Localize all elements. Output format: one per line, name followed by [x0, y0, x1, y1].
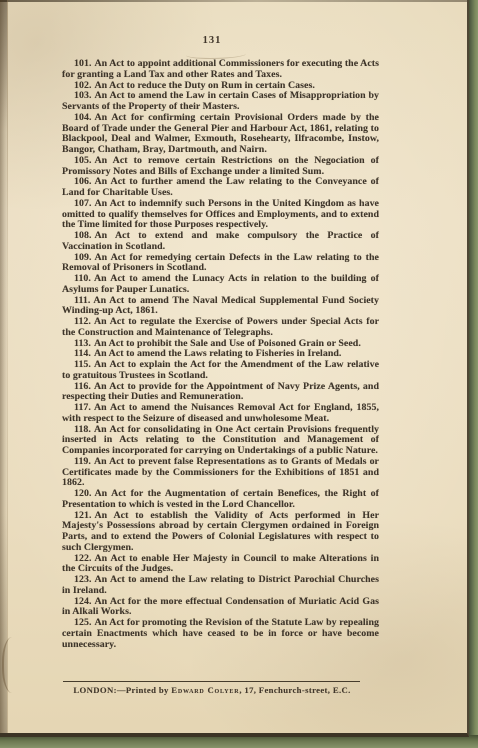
act-text: An Act to prohibit the Sale and Use of P…: [94, 338, 361, 349]
act-number: 105.: [74, 155, 91, 166]
act-number: 124.: [74, 596, 91, 607]
corner-curl-mark: [2, 637, 22, 693]
spine-shadow: [0, 0, 7, 733]
act-number: 118.: [74, 424, 91, 435]
act-number: 122.: [74, 553, 91, 564]
act-entry: 109.An Act for remedying certain Defects…: [62, 253, 379, 275]
act-text: An Act to remove certain Restrictions on…: [62, 155, 379, 177]
act-number: 103.: [74, 90, 91, 101]
act-number: 119.: [74, 456, 91, 467]
act-number: 106.: [74, 176, 91, 187]
act-entry: 123.An Act to amend the Law relating to …: [62, 575, 379, 597]
act-entry: 111.An Act to amend The Naval Medical Su…: [62, 296, 379, 318]
act-number: 123.: [74, 574, 91, 585]
act-number: 101.: [74, 58, 91, 69]
act-entry: 122.An Act to enable Her Majesty in Coun…: [62, 554, 379, 576]
act-text: An Act for the more effectual Condensati…: [62, 596, 379, 618]
act-entry: 118.An Act for consolidating in One Act …: [62, 425, 379, 457]
act-entry: 108.An Act to extend and make compulsory…: [62, 231, 379, 253]
act-entry: 104.An Act for confirming certain Provis…: [62, 113, 379, 156]
act-text: An Act to regulate the Exercise of Power…: [62, 316, 379, 338]
act-entry: 121.An Act to establish the Validity of …: [62, 511, 379, 554]
spine-crease-line: [7, 0, 8, 733]
act-text: An Act to enable Her Majesty in Council …: [62, 553, 379, 575]
act-number: 121.: [74, 510, 91, 521]
act-text: An Act to establish the Validity of Acts…: [62, 510, 379, 553]
act-entry: 117.An Act to amend the Nuisances Remova…: [62, 403, 379, 425]
act-number: 102.: [74, 80, 91, 91]
act-entry: 125.An Act for promoting the Revision of…: [62, 618, 379, 650]
act-text: An Act for consolidating in One Act cert…: [62, 424, 379, 457]
act-number: 104.: [74, 112, 91, 123]
act-entry: 119.An Act to prevent false Representati…: [62, 457, 379, 489]
act-number: 113.: [74, 338, 91, 349]
act-entry: 107.An Act to indemnify such Persons in …: [62, 199, 379, 231]
act-text: An Act to reduce the Duty on Rum in cert…: [94, 80, 314, 91]
printer-imprint: LONDON:—Printed by Edward Colyer, 17, Fe…: [62, 685, 362, 695]
page-number: 131: [62, 35, 362, 46]
act-number: 109.: [74, 252, 91, 263]
act-number: 108.: [74, 230, 91, 241]
act-text: An Act to amend The Naval Medical Supple…: [62, 295, 379, 317]
act-number: 107.: [74, 198, 91, 209]
act-number: 114.: [74, 348, 91, 359]
act-text: An Act to amend the Nuisances Removal Ac…: [62, 402, 379, 424]
act-number: 115.: [74, 359, 91, 370]
act-text: An Act to prevent false Representations …: [62, 456, 379, 489]
act-entry: 105.An Act to remove certain Restriction…: [62, 156, 379, 178]
act-text: An Act for the Augmentation of certain B…: [62, 488, 379, 510]
page-paper: 131 101.An Act to appoint additional Com…: [0, 0, 469, 737]
act-text: An Act to further amend the Law relating…: [62, 176, 379, 198]
act-text: An Act to indemnify such Persons in the …: [62, 198, 379, 231]
act-number: 110.: [74, 273, 91, 284]
act-list: 101.An Act to appoint additional Commiss…: [62, 59, 379, 650]
act-entry: 110.An Act to amend the Lunacy Acts in r…: [62, 274, 379, 296]
act-entry: 116.An Act to provide for the Appointmen…: [62, 382, 379, 404]
act-text: An Act to extend and make compulsory the…: [62, 230, 379, 252]
act-text: An Act to amend the Lunacy Acts in relat…: [62, 273, 379, 295]
act-entry: 112.An Act to regulate the Exercise of P…: [62, 317, 379, 339]
act-text: An Act for confirming certain Provisiona…: [62, 112, 379, 155]
act-text: An Act to amend the Laws relating to Fis…: [94, 348, 342, 359]
act-text: An Act to provide for the Appointment of…: [62, 381, 379, 403]
footer-rule: [63, 681, 360, 682]
act-number: 120.: [74, 488, 91, 499]
act-text: An Act to amend the Law relating to Dist…: [62, 574, 379, 596]
scanned-book-page: 131 101.An Act to appoint additional Com…: [0, 0, 478, 748]
act-number: 111.: [74, 295, 90, 306]
act-text: An Act for promoting the Revision of the…: [62, 617, 379, 650]
act-text: An Act to appoint additional Commissione…: [62, 58, 379, 80]
imprint-suffix: , 17, Fenchurch-street, E.C.: [239, 685, 350, 695]
act-number: 112.: [74, 316, 91, 327]
act-entry: 124.An Act for the more effectual Conden…: [62, 597, 379, 619]
imprint-printer-name: Edward Colyer: [171, 685, 239, 695]
act-text: An Act to explain the Act for the Amendm…: [62, 359, 379, 381]
act-text: An Act to amend the Law in certain Cases…: [62, 90, 379, 112]
act-entry: 115.An Act to explain the Act for the Am…: [62, 360, 379, 382]
imprint-prefix: LONDON:—Printed by: [73, 685, 171, 695]
act-text: An Act for remedying certain Defects in …: [62, 252, 379, 274]
act-number: 125.: [74, 617, 91, 628]
act-number: 117.: [74, 402, 91, 413]
act-entry: 101.An Act to appoint additional Commiss…: [62, 59, 379, 81]
act-entry: 106.An Act to further amend the Law rela…: [62, 177, 379, 199]
act-entry: 103.An Act to amend the Law in certain C…: [62, 91, 379, 113]
act-entry: 120.An Act for the Augmentation of certa…: [62, 489, 379, 511]
act-number: 116.: [74, 381, 91, 392]
